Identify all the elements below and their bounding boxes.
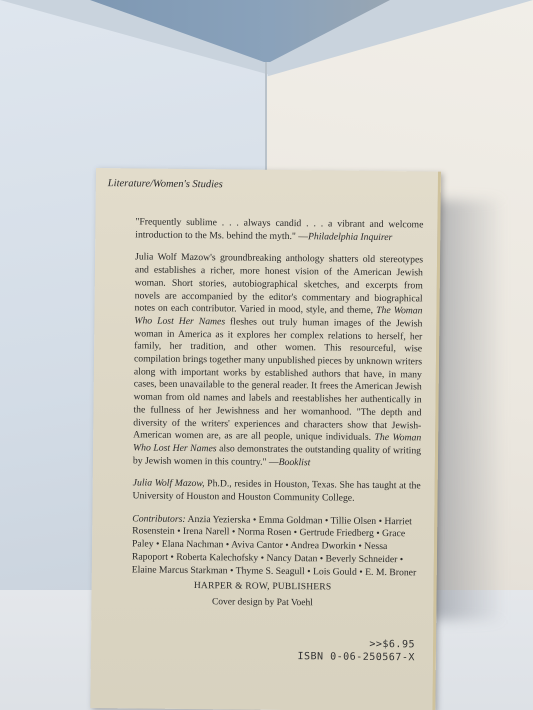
review-quote: "Frequently sublime . . . always candid … bbox=[135, 216, 423, 244]
contributors-label: Contributors: bbox=[132, 513, 185, 525]
author-name: Julia Wolf Mazow, bbox=[133, 478, 205, 490]
contributors-list: Contributors: Anzia Yezierska • Emma Gol… bbox=[132, 513, 421, 580]
price: >>$6.95 bbox=[369, 639, 415, 650]
book-description: Julia Wolf Mazow's groundbreaking anthol… bbox=[133, 252, 423, 471]
review-quote-source: Philadelphia Inquirer bbox=[308, 231, 393, 243]
cover-design-credit: Cover design by Pat Voehl bbox=[91, 596, 433, 610]
cover-text: "Frequently sublime . . . always candid … bbox=[132, 216, 424, 589]
isbn: ISBN 0-06-250567-X bbox=[297, 651, 414, 663]
book-category: Literature/Women's Studies bbox=[108, 178, 223, 190]
author-bio: Julia Wolf Mazow, Ph.D., resides in Hous… bbox=[132, 478, 420, 506]
description-text: fleshes out truly human images of the Je… bbox=[133, 316, 422, 443]
photo-scene: Literature/Women's Studies "Frequently s… bbox=[0, 0, 533, 710]
book-back-cover: Literature/Women's Studies "Frequently s… bbox=[90, 168, 441, 710]
description-source: Booklist bbox=[279, 457, 311, 468]
